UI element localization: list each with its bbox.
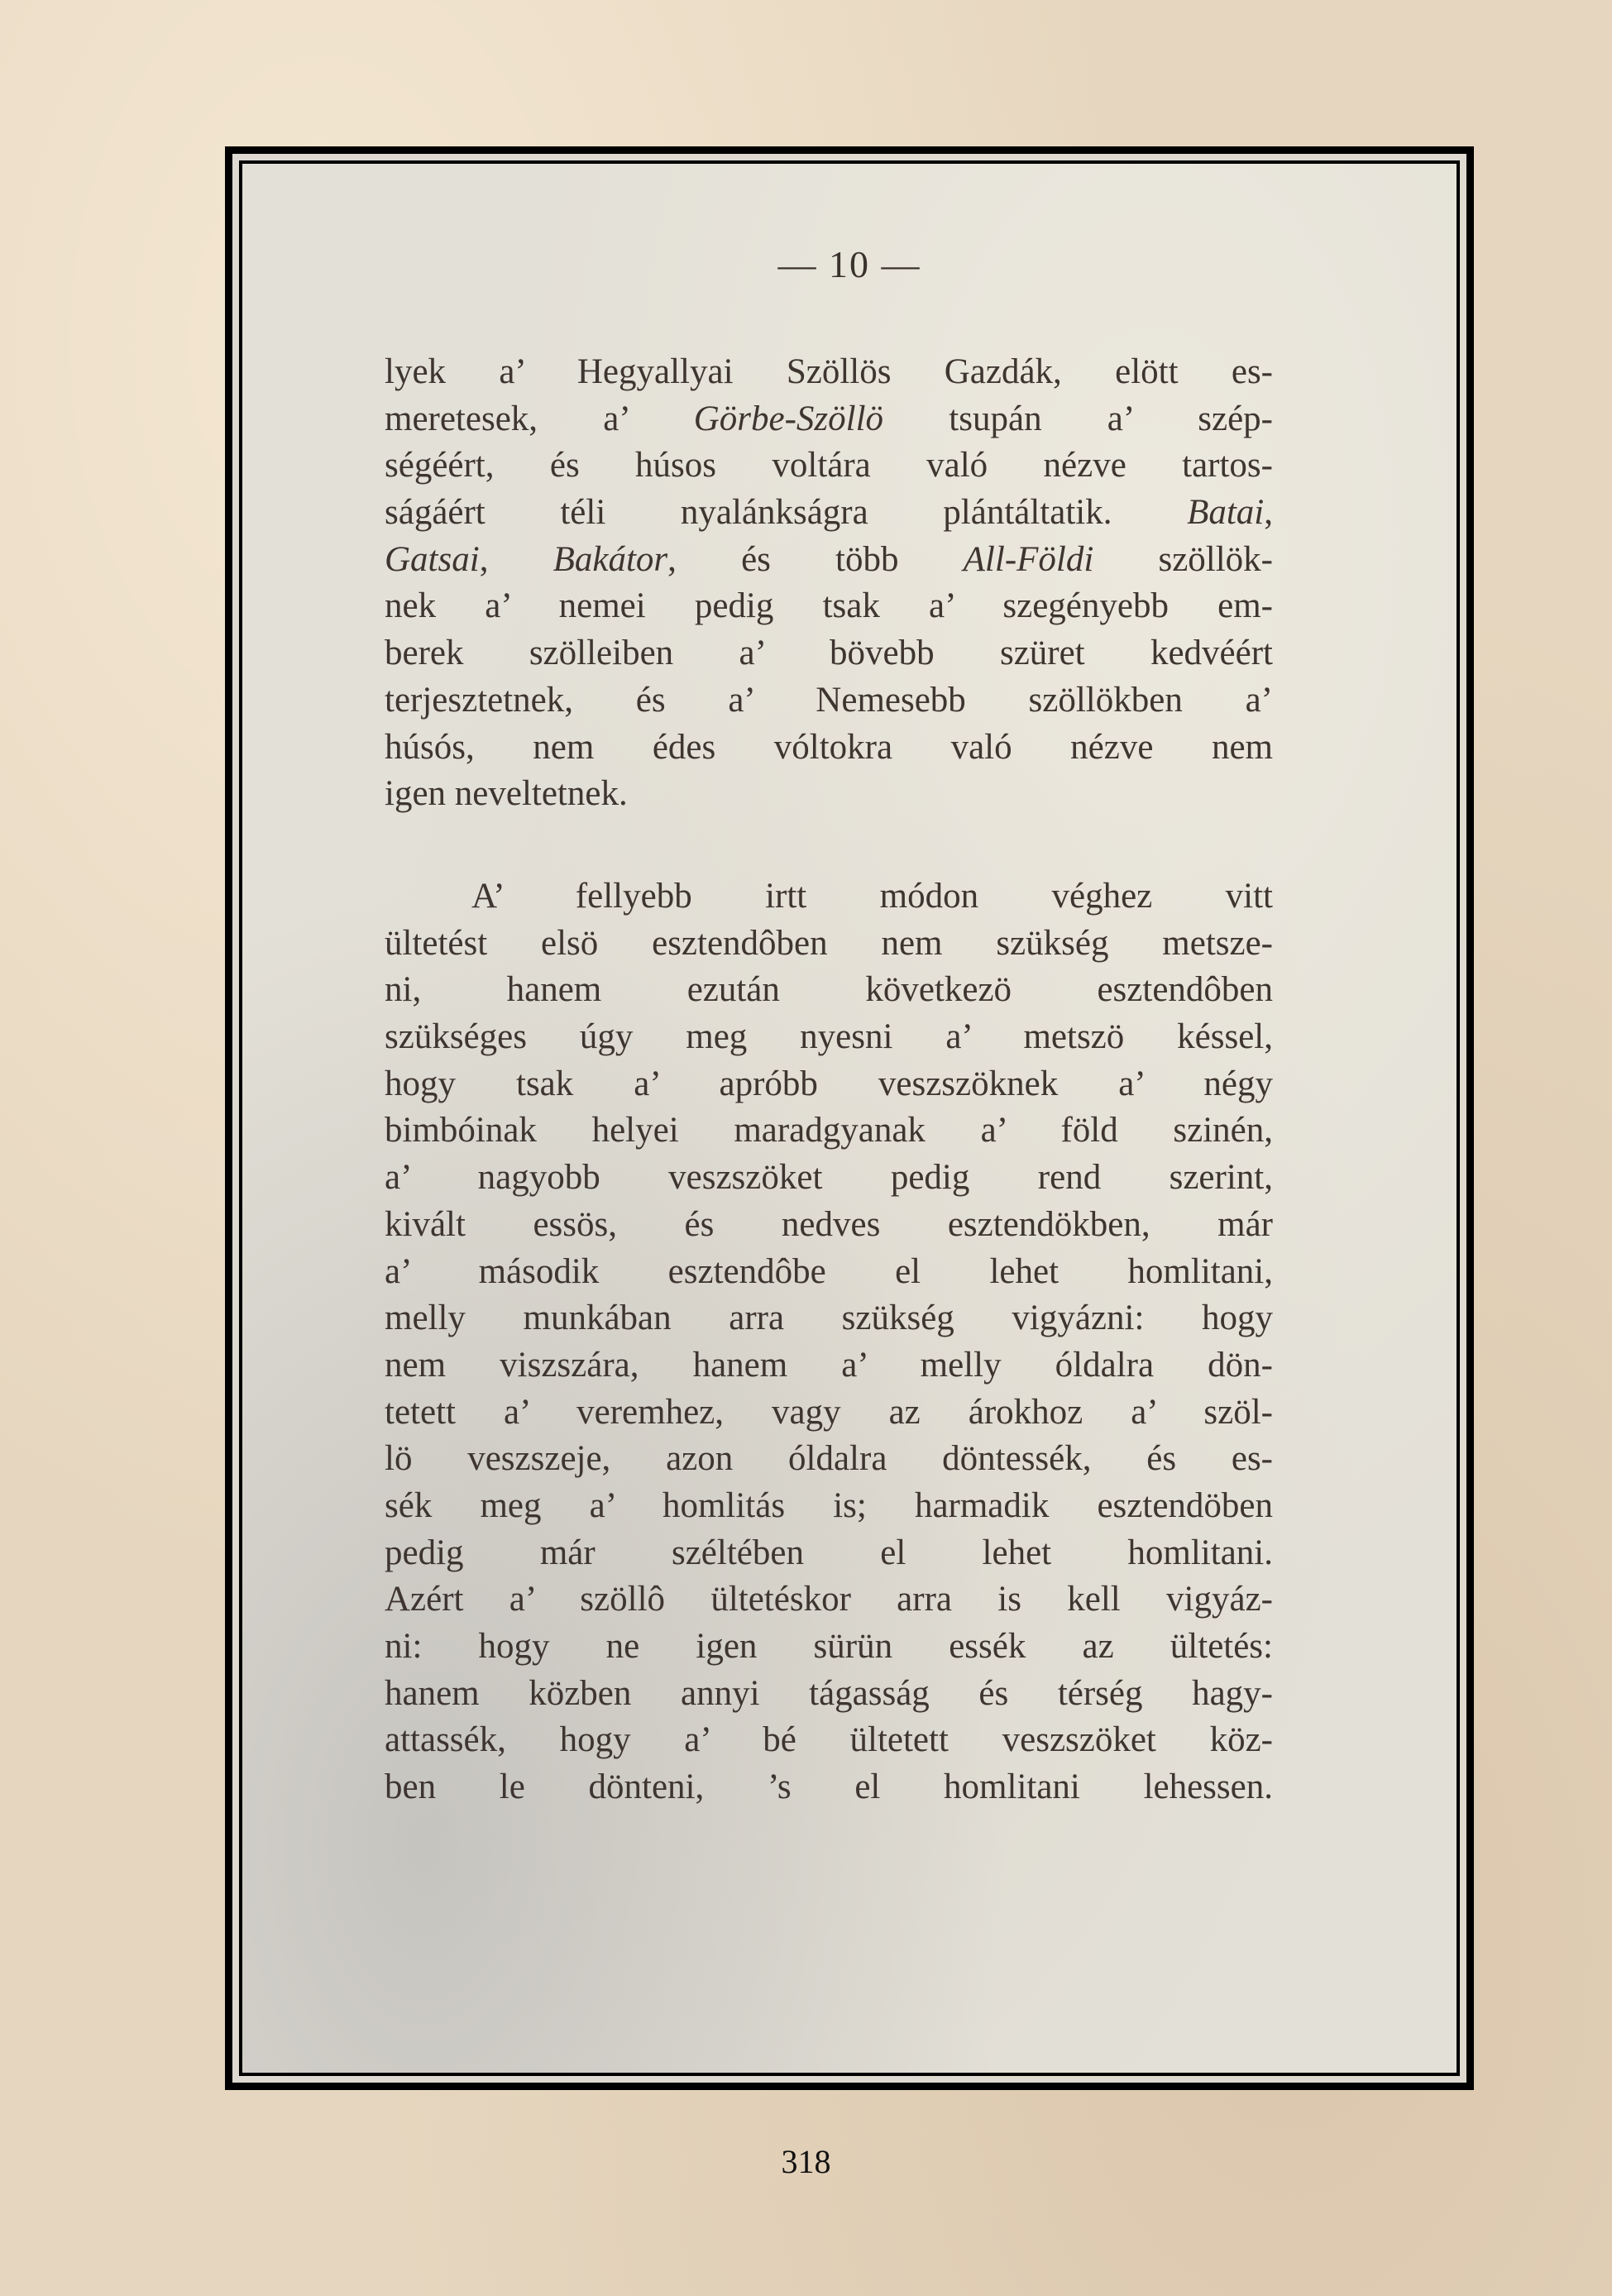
text-line: ságáért téli nyalánkságra plántáltatik. … bbox=[385, 490, 1273, 537]
paragraph-1: lyek a’ Hegyallyai Szöllös Gazdák, elött… bbox=[385, 349, 1273, 818]
text-fragment: tsupán a’ szép- bbox=[883, 399, 1273, 438]
text-line: a’ nagyobb veszszöket pedig rend szerint… bbox=[385, 1155, 1273, 1202]
text-line: a’ második esztendôbe el lehet homlitani… bbox=[385, 1249, 1273, 1296]
text-line: berek szölleiben a’ bövebb szüret kedvéé… bbox=[385, 630, 1273, 677]
italic-term: All-Földi bbox=[964, 540, 1094, 579]
scanned-page: — 10 — lyek a’ Hegyallyai Szöllös Gazdák… bbox=[242, 164, 1457, 2073]
text-line: ni, hanem ezután következö esztendôben bbox=[385, 967, 1273, 1014]
text-line: Gatsai, Bakátor, és több All-Földi szöll… bbox=[385, 537, 1273, 584]
text-line: attassék, hogy a’ bé ültetett veszszöket… bbox=[385, 1717, 1273, 1764]
italic-term: Görbe-Szöllö bbox=[694, 399, 883, 438]
text-line: nem viszszára, hanem a’ melly óldalra dö… bbox=[385, 1342, 1273, 1390]
paragraph-2: A’ fellyebb irtt módon véghez vitt ültet… bbox=[385, 873, 1273, 1811]
text-fragment: ságáért téli nyalánkságra plántáltatik. bbox=[385, 493, 1187, 532]
text-line: húsós, nem édes vóltokra való nézve nem bbox=[385, 725, 1273, 772]
text-fragment: , bbox=[1264, 493, 1273, 532]
text-line: terjesztetnek, és a’ Nemesebb szöllökben… bbox=[385, 677, 1273, 725]
text-line: hogy tsak a’ apróbb veszszöknek a’ négy bbox=[385, 1061, 1273, 1108]
text-line: lö veszszeje, azon óldalra döntessék, és… bbox=[385, 1436, 1273, 1483]
text-fragment: szöllök- bbox=[1093, 540, 1273, 579]
text-line: tetett a’ veremhez, vagy az árokhoz a’ s… bbox=[385, 1390, 1273, 1437]
text-fragment: meretesek, a’ bbox=[385, 399, 694, 438]
text-line: meretesek, a’ Görbe-Szöllö tsupán a’ szé… bbox=[385, 396, 1273, 443]
text-line: Azért a’ szöllô ültetéskor arra is kell … bbox=[385, 1576, 1273, 1624]
page-frame-inner-border: — 10 — lyek a’ Hegyallyai Szöllös Gazdák… bbox=[239, 160, 1460, 2076]
italic-term: Gatsai bbox=[385, 540, 480, 579]
page-frame-outer-border: — 10 — lyek a’ Hegyallyai Szöllös Gazdák… bbox=[225, 146, 1474, 2090]
text-line: lyek a’ Hegyallyai Szöllös Gazdák, elött… bbox=[385, 349, 1273, 396]
text-line: bimbóinak helyei maradgyanak a’ föld szi… bbox=[385, 1107, 1273, 1155]
text-line: sék meg a’ homlitás is; harmadik esztend… bbox=[385, 1483, 1273, 1530]
text-fragment: , és több bbox=[667, 540, 964, 579]
footer-page-number: 318 bbox=[0, 2142, 1612, 2181]
italic-term: Batai bbox=[1187, 493, 1264, 532]
text-line: ültetést elsö esztendôben nem szükség me… bbox=[385, 921, 1273, 968]
running-head-page-number: — 10 — bbox=[242, 242, 1457, 286]
italic-term: Bakátor bbox=[553, 540, 668, 579]
text-line: nek a’ nemei pedig tsak a’ szegényebb em… bbox=[385, 583, 1273, 630]
text-line: hanem közben annyi tágasság és térség ha… bbox=[385, 1671, 1273, 1718]
text-line: melly munkában arra szükség vigyázni: ho… bbox=[385, 1295, 1273, 1342]
text-line: A’ fellyebb irtt módon véghez vitt bbox=[385, 873, 1273, 921]
text-line: ni: hogy ne igen sürün essék az ültetés: bbox=[385, 1624, 1273, 1671]
text-line: ségéért, és húsos voltára való nézve tar… bbox=[385, 442, 1273, 490]
text-line: pedig már széltében el lehet homlitani. bbox=[385, 1530, 1273, 1577]
text-fragment: , bbox=[480, 540, 553, 579]
text-line: szükséges úgy meg nyesni a’ metszö késse… bbox=[385, 1014, 1273, 1061]
text-line: igen neveltetnek. bbox=[385, 771, 1273, 818]
text-line: ben le dönteni, ’s el homlitani lehessen… bbox=[385, 1764, 1273, 1811]
text-line: kivált essös, és nedves esztendökben, má… bbox=[385, 1202, 1273, 1249]
